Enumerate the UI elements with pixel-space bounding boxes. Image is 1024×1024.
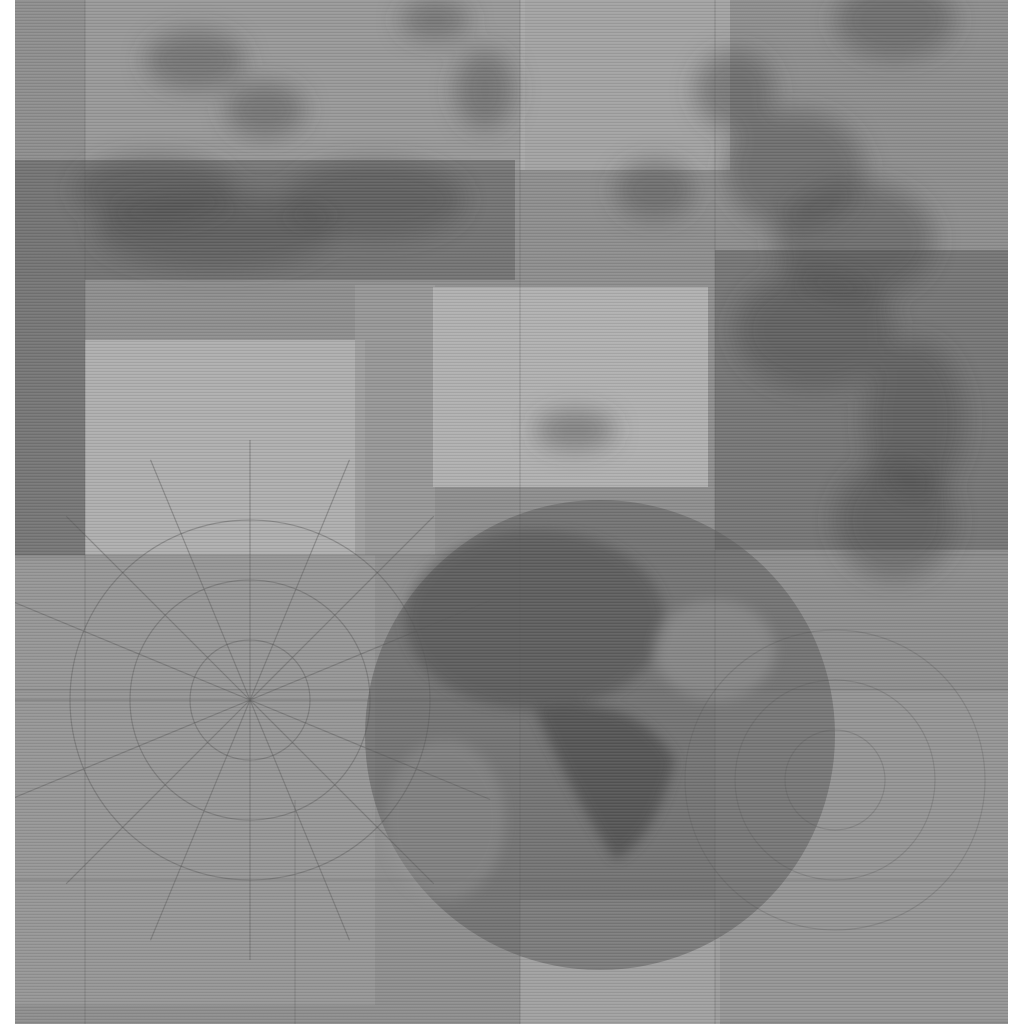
rug-pattern (15, 0, 1008, 1024)
rug (15, 0, 1008, 1024)
